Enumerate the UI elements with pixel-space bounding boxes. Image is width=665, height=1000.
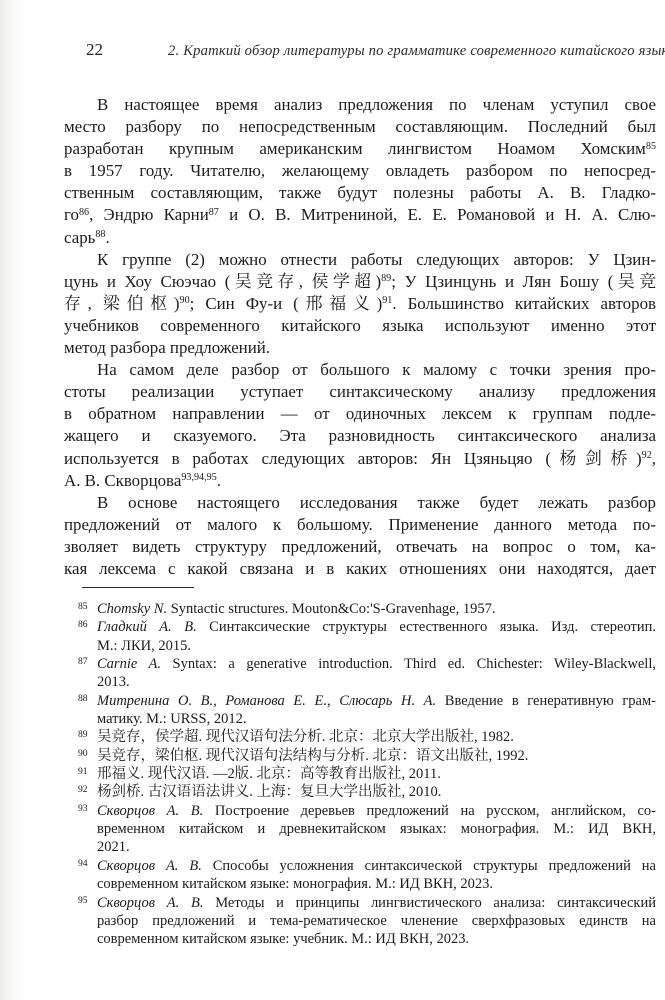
footnote-text-line: 吴竞存，侯学超. 现代汉语句法分析. 北京：北京大学出版社, 1982. [97, 728, 656, 746]
italic-author: Митренина О. В., Романова Е. Е., Слюсарь… [97, 693, 436, 709]
footnote-ref: 91 [382, 295, 392, 306]
text-line: кая лексема с какой связана и в каких от… [64, 558, 656, 580]
paragraph: В основе настоящего исследования также б… [64, 492, 656, 580]
text-line: В основе настоящего исследования также б… [64, 492, 656, 514]
text-line: На самом деле разбор от большого к малом… [64, 359, 656, 381]
footnote-item: 94Скворцов А. В. Способы усложнения синт… [64, 857, 656, 894]
footnote-number: 91 [78, 763, 88, 781]
footnote-ref: 92 [642, 450, 652, 461]
footnote-text-line: Скворцов А. В. Способы усложнения синтак… [97, 857, 656, 875]
footnote-text-line: разбор предложений и тема-рематическое ч… [97, 912, 656, 930]
footnote-ref: 85 [646, 141, 656, 152]
paragraph: На самом деле разбор от большого к малом… [64, 359, 656, 492]
footnote-separator [82, 587, 194, 588]
text-line: в обратном направлении — от одиночных ле… [64, 403, 656, 425]
text-line: в 1957 году. Читателю, желающему овладет… [64, 160, 656, 182]
footnote-text-line: 吴竞存，梁伯枢. 现代汉语句法结构与分析. 北京：语文出版社, 1992. [97, 747, 656, 765]
footnote-text-line: современном китайском языке: учебник. М.… [97, 930, 656, 948]
footnote-ref: 87 [209, 207, 219, 218]
page-number: 22 [86, 40, 103, 60]
footnote-ref: 86 [79, 207, 89, 218]
footnote-text-line: Гладкий А. В. Синтаксические структуры е… [97, 618, 656, 636]
text-line: А. В. Скворцова93,94,95. [64, 470, 656, 492]
footnote-item: 89吴竞存，侯学超. 现代汉语句法分析. 北京：北京大学出版社, 1982. [64, 728, 656, 746]
italic-author: Гладкий А. В. [97, 619, 197, 635]
footnote-number: 90 [78, 745, 88, 763]
footnote-item: 91邢福义. 现代汉语. —2版. 北京：高等教育出版社, 2011. [64, 765, 656, 783]
footnote-text-line: Chomsky N. Syntactic structures. Mouton&… [97, 600, 656, 618]
text-line: жащего и сказуемого. Эта разновидность с… [64, 425, 656, 447]
footnote-number: 85 [78, 598, 88, 616]
footnote-ref: 90 [180, 295, 190, 306]
running-head: 2. Краткий обзор литературы по грамматик… [168, 43, 665, 60]
footnote-number: 86 [78, 616, 88, 634]
text-line: В настоящее время анализ предложения по … [64, 94, 656, 116]
text-line: разработан крупным американским лингвист… [64, 138, 656, 160]
footnote-item: 92杨剑桥. 古汉语语法讲义. 上海：复旦大学出版社, 2010. [64, 783, 656, 801]
footnote-number: 94 [78, 855, 88, 873]
footnotes-section: 85Chomsky N. Syntactic structures. Mouto… [64, 600, 656, 949]
footnote-item: 90吴竞存，梁伯枢. 现代汉语句法结构与分析. 北京：语文出版社, 1992. [64, 747, 656, 765]
footnote-number: 89 [78, 726, 88, 744]
paragraph: К группе (2) можно отнести работы следую… [64, 249, 656, 359]
footnote-text-line: 2013. [97, 673, 656, 691]
footnote-number: 93 [78, 800, 88, 818]
footnote-number: 87 [78, 653, 88, 671]
text-line: метод разбора предложений. [64, 337, 656, 359]
text-line: К группе (2) можно отнести работы следую… [64, 249, 656, 271]
body-text: В настоящее время анализ предложения по … [64, 94, 656, 580]
footnote-text-line: Скворцов А. В. Методы и принципы лингвис… [97, 894, 656, 912]
italic-author: Скворцов А. В. [97, 895, 203, 911]
text-line: ственным составляющим, также будут полез… [64, 182, 656, 204]
italic-author: Скворцов А. В. [97, 858, 202, 874]
footnote-item: 95Скворцов А. В. Методы и принципы лингв… [64, 894, 656, 949]
text-line: предложений от малого к большому. Примен… [64, 514, 656, 536]
footnote-item: 88Митренина О. В., Романова Е. Е., Слюса… [64, 692, 656, 729]
footnote-text-line: 杨剑桥. 古汉语语法讲义. 上海：复旦大学出版社, 2010. [97, 783, 656, 801]
italic-author: Carnie A. [97, 656, 161, 672]
text-line: 存, 梁伯枢)90; Син Фу-и (邢福义)91. Большинство… [64, 293, 656, 315]
italic-author: Chomsky N. [97, 601, 167, 617]
footnote-item: 86Гладкий А. В. Синтаксические структуры… [64, 618, 656, 655]
text-line: используется в работах следующих авторов… [64, 448, 656, 470]
footnote-ref: 93,94,95 [181, 472, 216, 483]
footnote-text-line: 2021. [97, 838, 656, 856]
footnote-number: 88 [78, 690, 88, 708]
footnote-text-line: М.: ЛКИ, 2015. [97, 637, 656, 655]
text-line: место разбору по непосредственным состав… [64, 116, 656, 138]
footnote-text-line: Carnie A. Syntax: a generative introduct… [97, 655, 656, 673]
footnote-item: 85Chomsky N. Syntactic structures. Mouto… [64, 600, 656, 618]
footnote-text-line: Скворцов А. В. Построение деревьев предл… [97, 802, 656, 820]
text-line: учебников современного китайского языка … [64, 315, 656, 337]
footnote-ref: 88 [95, 229, 105, 240]
footnote-item: 87Carnie A. Syntax: a generative introdu… [64, 655, 656, 692]
footnote-number: 92 [78, 781, 88, 799]
footnote-text-line: современном китайском языке: монография.… [97, 875, 656, 893]
footnote-item: 93Скворцов А. В. Построение деревьев пре… [64, 802, 656, 857]
book-page: 22 2. Краткий обзор литературы по грамма… [0, 0, 665, 1000]
text-line: зволяет видеть структуру предложений, от… [64, 536, 656, 558]
footnote-text-line: матику. М.: URSS, 2012. [97, 710, 656, 728]
footnote-text-line: 邢福义. 现代汉语. —2版. 北京：高等教育出版社, 2011. [97, 765, 656, 783]
text-line: стоты реализации уступает синтаксическом… [64, 381, 656, 403]
footnote-ref: 89 [381, 273, 391, 284]
footnote-number: 95 [78, 892, 88, 910]
text-line: цунь и Хоу Сюэчао (吴竞存, 侯学超)89; У Цзинцу… [64, 271, 656, 293]
paragraph: В настоящее время анализ предложения по … [64, 94, 656, 249]
text-line: го86, Эндрю Карни87 и О. В. Митрениной, … [64, 204, 656, 226]
italic-author: Скворцов А. В. [97, 803, 203, 819]
footnote-text-line: временном китайском и древнекитайском яз… [97, 820, 656, 838]
text-line: сарь88. [64, 227, 656, 249]
footnote-text-line: Митренина О. В., Романова Е. Е., Слюсарь… [97, 692, 656, 710]
